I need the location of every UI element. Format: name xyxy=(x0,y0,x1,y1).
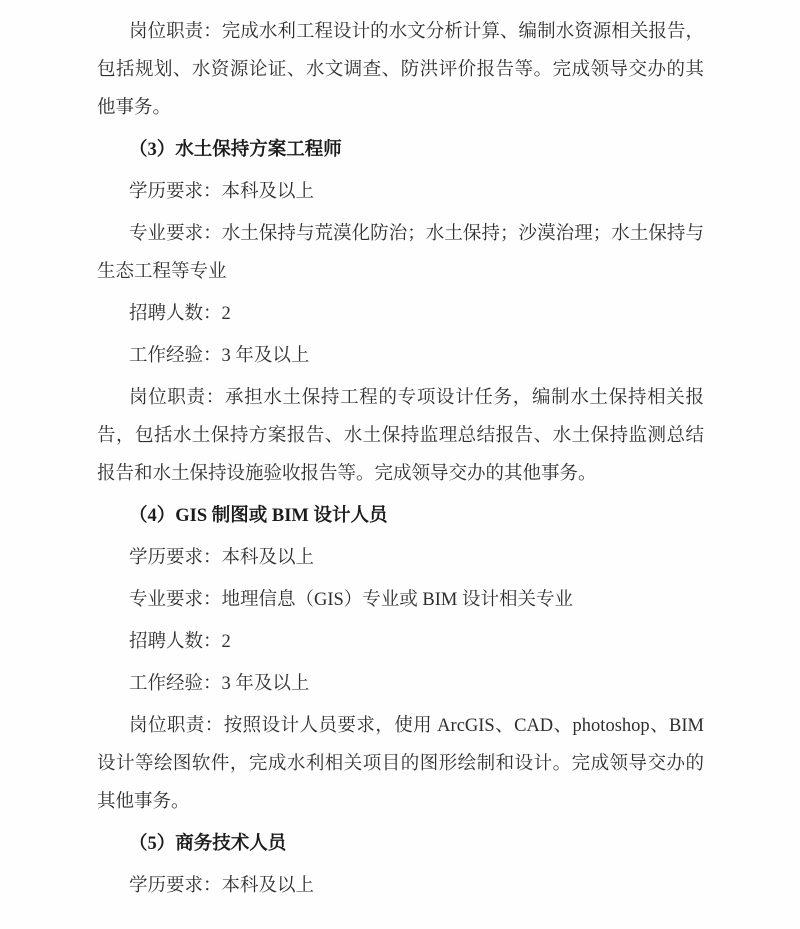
document-page: 岗位职责：完成水利工程设计的水文分析计算、编制水资源相关报告，包括规划、水资源论… xyxy=(0,0,800,929)
paragraph-duty-gis-bim: 岗位职责：按照设计人员要求，使用 ArcGIS、CAD、photoshop、BI… xyxy=(97,707,704,821)
paragraph-duty-soil-conservation: 岗位职责：承担水土保持工程的专项设计任务，编制水土保持相关报告，包括水土保持方案… xyxy=(97,379,704,493)
field-education-requirement: 学历要求：本科及以上 xyxy=(97,867,704,905)
field-headcount: 招聘人数：2 xyxy=(97,295,704,333)
paragraph-duty-hydrology: 岗位职责：完成水利工程设计的水文分析计算、编制水资源相关报告，包括规划、水资源论… xyxy=(97,13,704,127)
field-work-experience: 工作经验：3 年及以上 xyxy=(97,665,704,703)
field-education-requirement: 学历要求：本科及以上 xyxy=(97,539,704,577)
field-education-requirement: 学历要求：本科及以上 xyxy=(97,173,704,211)
field-major-requirement: 专业要求：地理信息（GIS）专业或 BIM 设计相关专业 xyxy=(97,581,704,619)
field-work-experience: 工作经验：3 年及以上 xyxy=(97,337,704,375)
field-major-requirement: 专业要求：水土保持与荒漠化防治；水土保持；沙漠治理；水土保持与生态工程等专业 xyxy=(97,215,704,291)
field-headcount: 招聘人数：2 xyxy=(97,623,704,661)
section-heading-5-business-technical-staff: （5）商务技术人员 xyxy=(97,825,704,863)
section-heading-3-soil-conservation-engineer: （3）水土保持方案工程师 xyxy=(97,131,704,169)
section-heading-4-gis-bim-designer: （4）GIS 制图或 BIM 设计人员 xyxy=(97,497,704,535)
